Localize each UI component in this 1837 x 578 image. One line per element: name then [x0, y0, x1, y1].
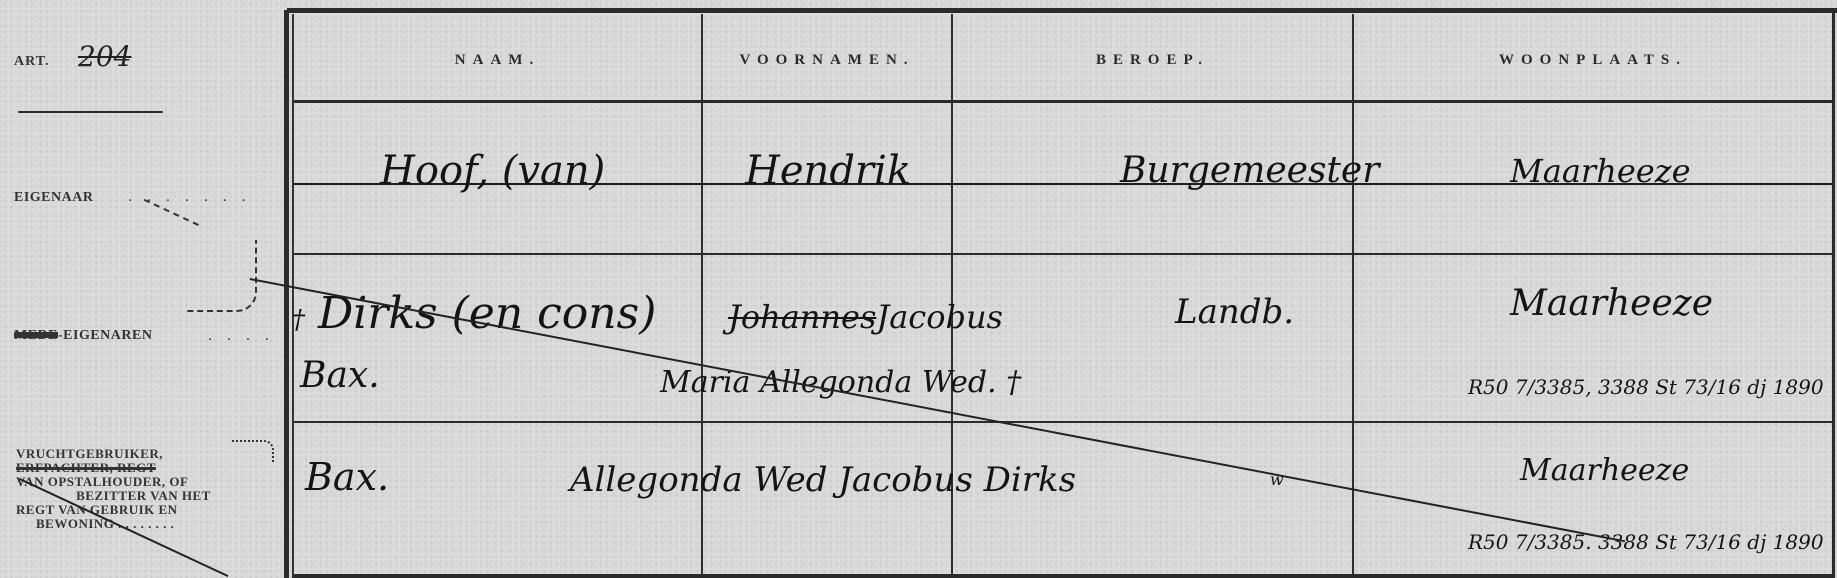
label-line-struck: ERFPACHTER, REGT [16, 461, 271, 475]
art-number: 204 [78, 40, 131, 73]
table-border-right [1832, 10, 1835, 578]
label-line: VAN OPSTALHOUDER, OF [16, 475, 271, 489]
label-eigenaar: EIGENAAR [14, 190, 93, 206]
cell-woonplaats: Maarheeze [1510, 283, 1713, 324]
column-divider [1352, 14, 1354, 578]
row-rule [294, 421, 1832, 423]
column-header-woonplaats: WOONPLAATS. [1354, 52, 1832, 69]
cell-beroep: Landb. [1175, 292, 1294, 332]
cell-woonplaats-note: R50 7/3385, 3388 St 73/16 dj 1890 [1468, 375, 1824, 399]
deceased-marker: † [292, 305, 305, 335]
table-border-top [287, 8, 1837, 13]
struck-name: Johannes [728, 298, 876, 336]
divider [18, 111, 163, 113]
leader-dots: . . . . [208, 327, 274, 345]
cell-woonplaats-note: R50 7/3385. 3388 St 73/16 dj 1890 [1468, 530, 1824, 554]
art-label: ART. [14, 54, 50, 70]
cell-woonplaats: Maarheeze [1510, 152, 1691, 190]
connector-line [232, 440, 274, 462]
label-line: REGT VAN GEBRUIK EN [16, 503, 271, 517]
row-rule [294, 253, 1832, 255]
cell-beroep: Burgemeester [1120, 150, 1379, 191]
cell-woonplaats: Maarheeze [1520, 453, 1689, 488]
cell-voornamen: Allegonda Wed Jacobus Dirks [570, 460, 1076, 500]
cell-voornamen: Hendrik [745, 148, 911, 194]
label-line: BEWONING . . . . . . . . [16, 517, 291, 531]
cell-voornamen-line2: Maria Allegonda Wed. † [660, 365, 1021, 400]
cell-voornamen: JohannesJacobus [728, 298, 1003, 336]
label-text: -EIGENAREN [58, 328, 152, 343]
table-border-bottom [294, 574, 1832, 578]
cell-naam: Bax. [305, 455, 389, 499]
table-border-left-inner [292, 14, 294, 578]
table-border-left [284, 10, 289, 578]
given-name: Jacobus [876, 298, 1003, 336]
label-mede-eigenaren: MEDE-EIGENAREN [14, 328, 152, 344]
connector-line [185, 240, 257, 312]
column-header-beroep: BEROEP. [953, 52, 1352, 69]
cell-naam-line2: Bax. [300, 355, 380, 396]
column-header-voornamen: VOORNAMEN. [703, 52, 951, 69]
header-rule [294, 100, 1832, 103]
struck-prefix: MEDE [14, 328, 58, 343]
column-header-naam: NAAM. [294, 52, 701, 69]
cell-naam: Dirks (en cons) [318, 288, 656, 339]
cell-naam: Hoof, (van) [380, 148, 605, 194]
